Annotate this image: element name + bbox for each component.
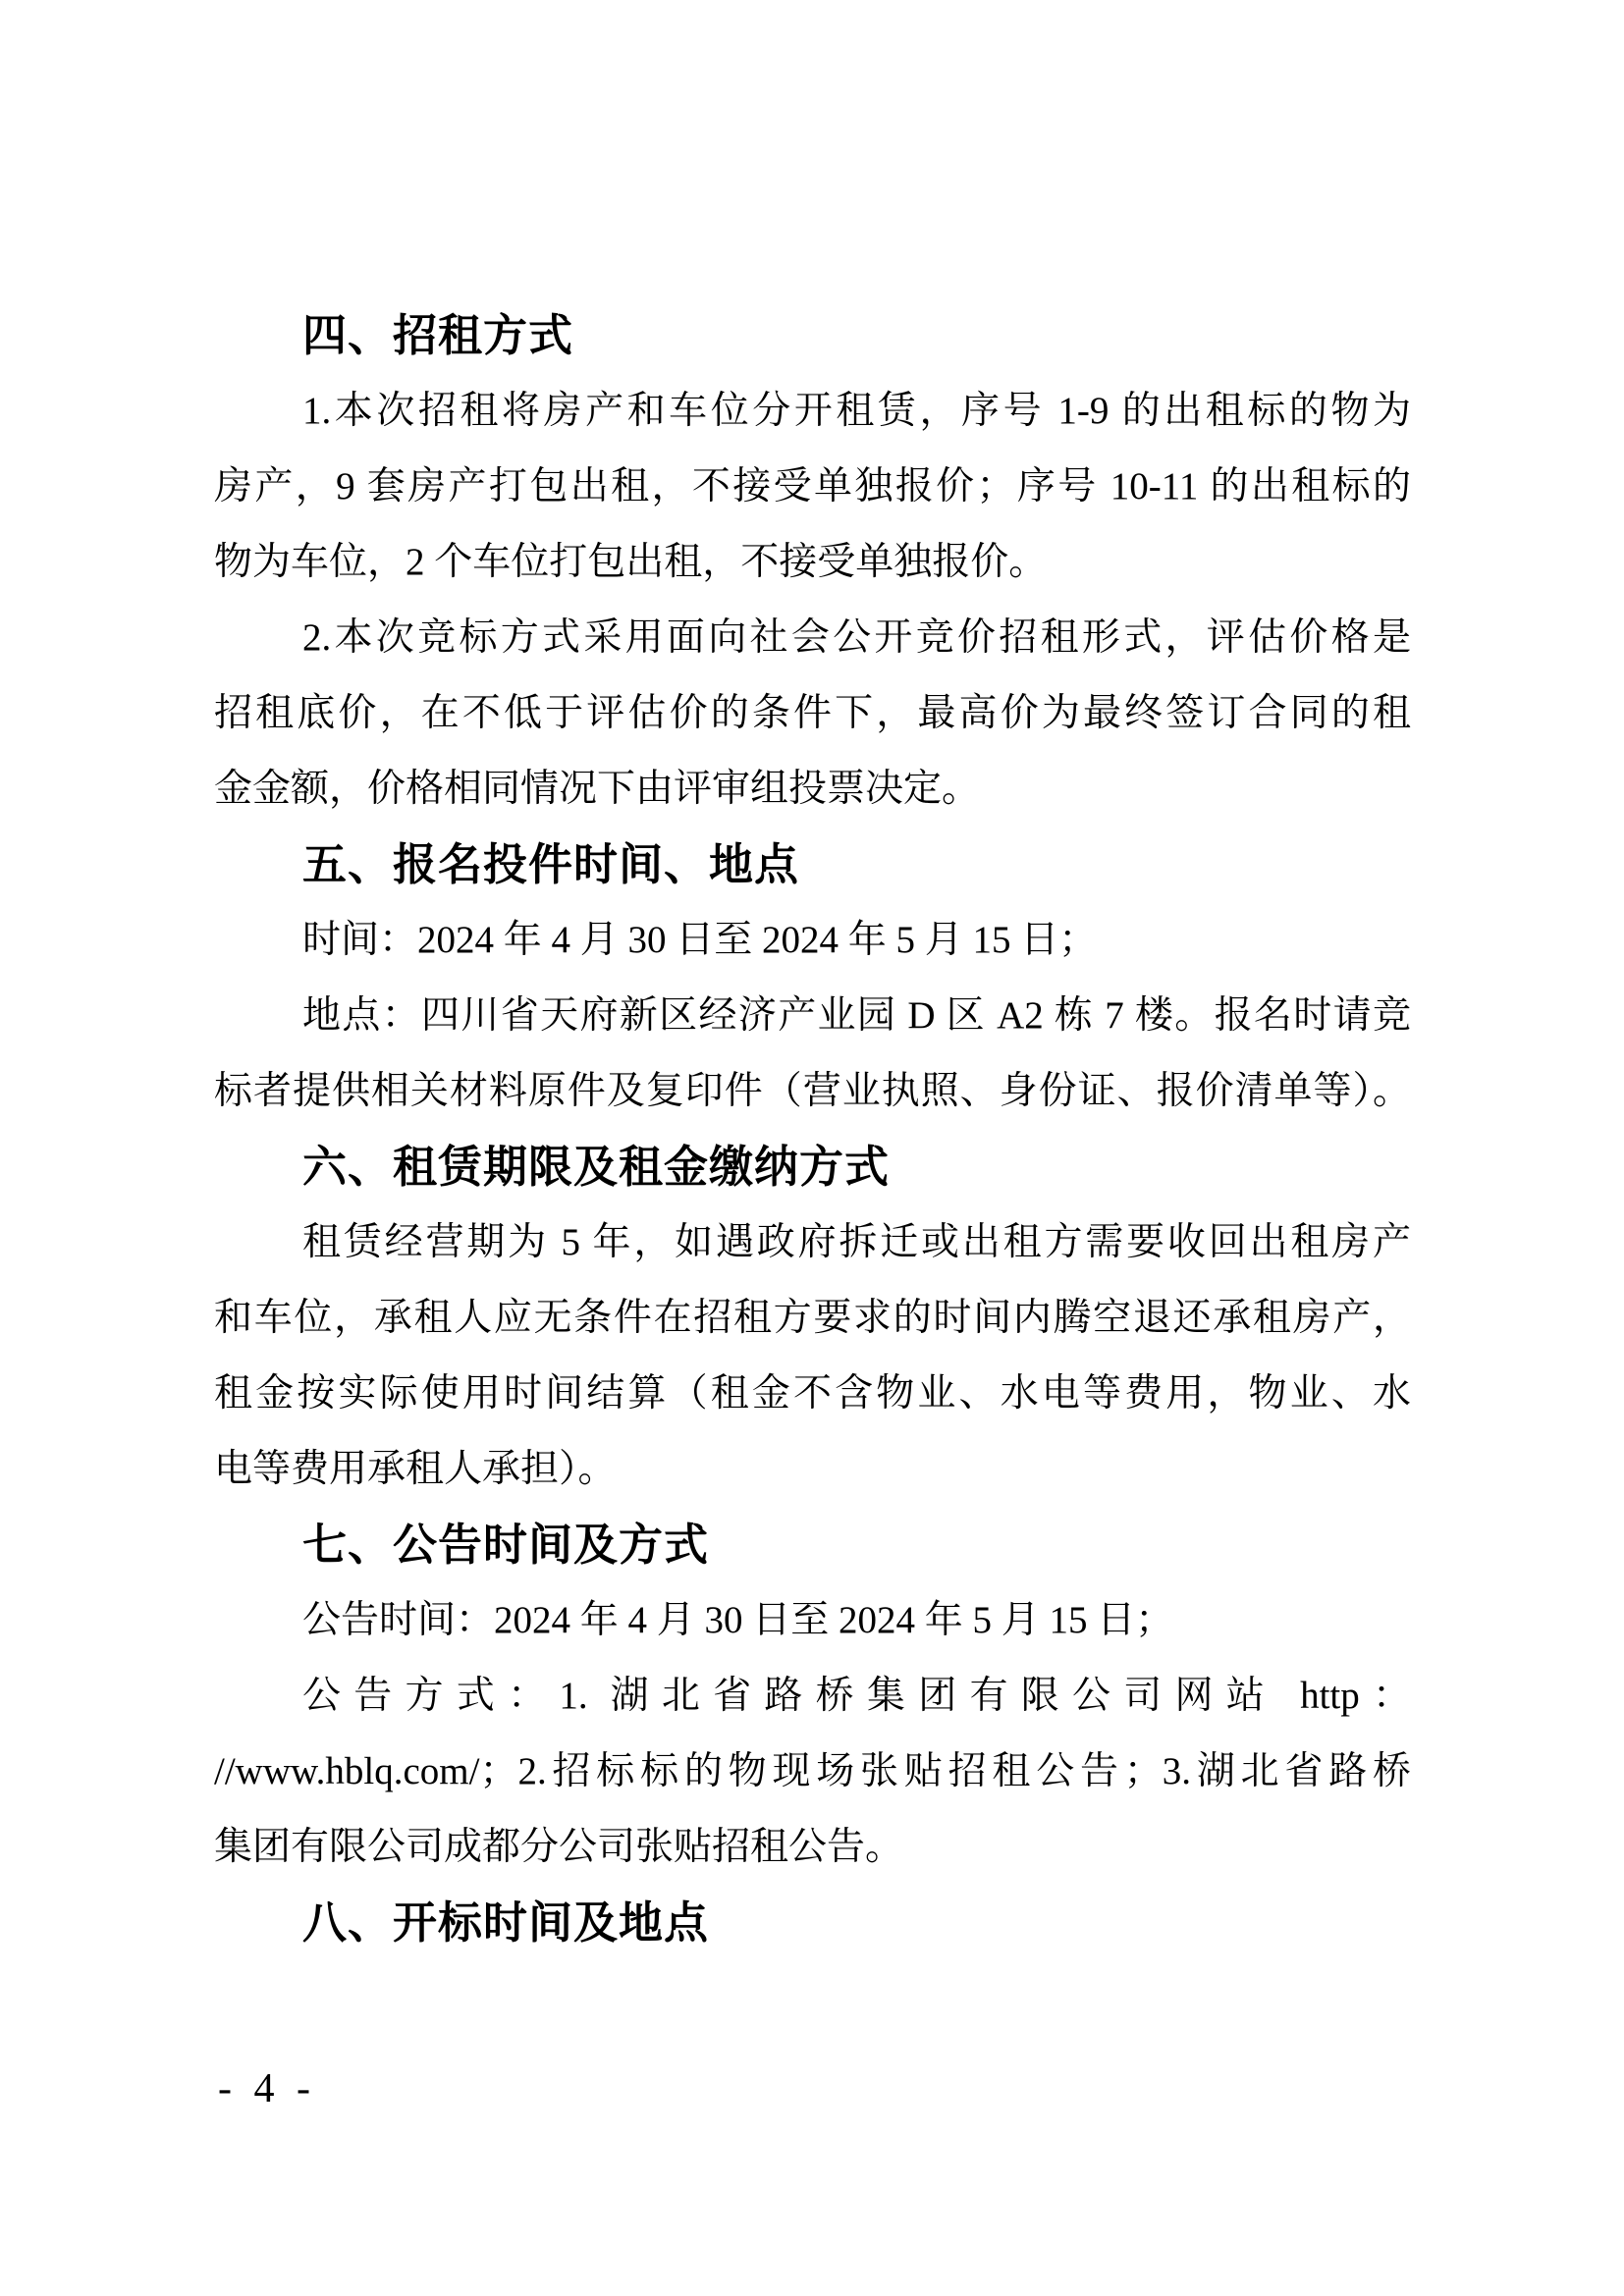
section-heading-7: 七、公告时间及方式: [214, 1507, 1411, 1582]
text-line: 招租底价，在不低于评估价的条件下，最高价为最终签订合同的租: [214, 675, 1411, 751]
text-line: 租赁经营期为 5 年，如遇政府拆迁或出租方需要收回出租房产: [214, 1204, 1411, 1280]
text-line: 和车位，承租人应无条件在招租方要求的时间内腾空退还承租房产，: [214, 1280, 1411, 1356]
text-line: 1.本次招租将房产和车位分开租赁，序号 1-9 的出租标的物为: [214, 373, 1411, 449]
text-line: 公告时间：2024 年 4 月 30 日至 2024 年 5 月 15 日；: [214, 1582, 1411, 1658]
text-line: 电等费用承租人承担）。: [214, 1431, 1411, 1507]
document-page: 四、招租方式 1.本次招租将房产和车位分开租赁，序号 1-9 的出租标的物为 房…: [0, 0, 1624, 2296]
page-number: - 4 -: [218, 2065, 316, 2112]
section-heading-6: 六、租赁期限及租金缴纳方式: [214, 1129, 1411, 1204]
text-line: 地点：四川省天府新区经济产业园 D 区 A2 栋 7 楼。报名时请竞: [214, 978, 1411, 1053]
text-line: 房产，9 套房产打包出租，不接受单独报价；序号 10-11 的出租标的: [214, 449, 1411, 524]
text-line: 2.本次竞标方式采用面向社会公开竞价招租形式，评估价格是: [214, 600, 1411, 675]
document-content: 四、招租方式 1.本次招租将房产和车位分开租赁，序号 1-9 的出租标的物为 房…: [214, 297, 1411, 1960]
section-heading-4: 四、招租方式: [214, 297, 1411, 373]
text-line: 物为车位，2 个车位打包出租，不接受单独报价。: [214, 524, 1411, 600]
text-line: 标者提供相关材料原件及复印件（营业执照、身份证、报价清单等）。: [214, 1053, 1411, 1129]
text-line: 金金额，价格相同情况下由评审组投票决定。: [214, 751, 1411, 827]
text-line: 时间：2024 年 4 月 30 日至 2024 年 5 月 15 日；: [214, 902, 1411, 978]
text-line: 集团有限公司成都分公司张贴招租公告。: [214, 1809, 1411, 1885]
text-line: //www.hblq.com/；2.招标标的物现场张贴招租公告；3.湖北省路桥: [214, 1734, 1411, 1809]
section-heading-5: 五、报名投件时间、地点: [214, 827, 1411, 902]
text-line: 租金按实际使用时间结算（租金不含物业、水电等费用，物业、水: [214, 1356, 1411, 1431]
section-heading-8: 八、开标时间及地点: [214, 1885, 1411, 1960]
text-line: 公告方式：1. 湖北省路桥集团有限公司网站 http：: [214, 1658, 1411, 1734]
